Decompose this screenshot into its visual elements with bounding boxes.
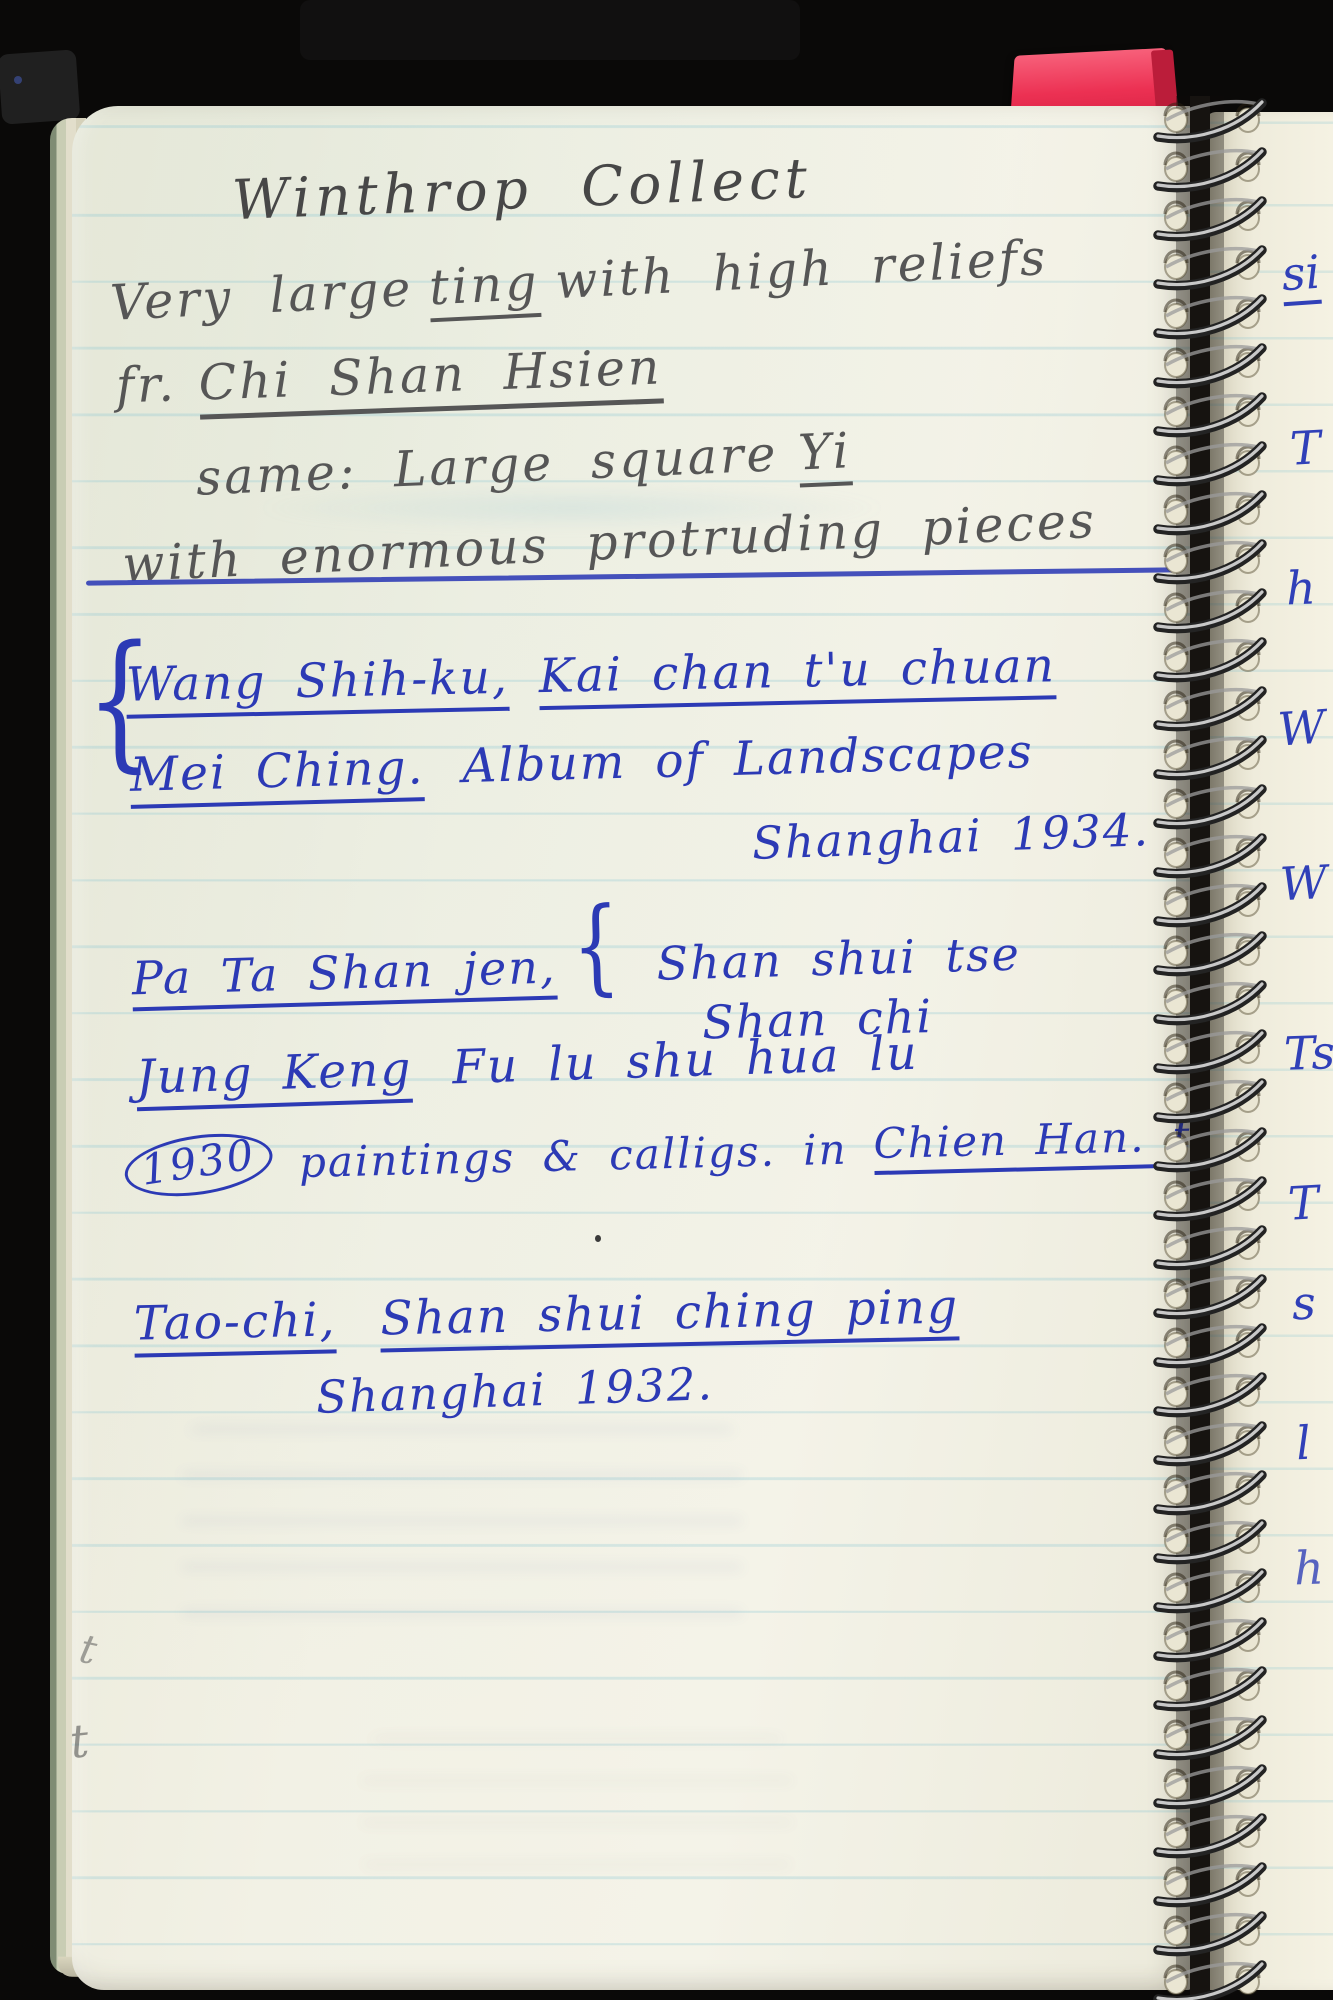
- ink-year-circled: 1930: [121, 1125, 277, 1205]
- ink-entry-tao-chi: Tao-chi,Shan shui ching ping: [133, 1283, 959, 1357]
- ink-author-underlined: Wang Shih-ku,: [126, 654, 510, 719]
- ink-title-underlined: Shan shui ching ping: [380, 1283, 960, 1352]
- margin-mark: t: [76, 1629, 100, 1671]
- margin-mark: t: [72, 1717, 91, 1765]
- pencil-title: Winthrop Collect: [231, 151, 813, 228]
- ink-title-underlined: Kai chan t'u chuan: [538, 642, 1056, 710]
- pencil-text: fr.: [115, 359, 177, 410]
- pencil-text-underlined: Yi: [797, 426, 853, 487]
- binding-coils: [1136, 96, 1306, 2000]
- ink-entry-wang-shih-ku: Wang Shih-ku,Kai chan t'u chuan: [126, 642, 1057, 718]
- ink-title: Album of Landscapes: [462, 728, 1035, 790]
- ink-note: paintings & calligs. in: [298, 1128, 848, 1183]
- ink-entry-mei-ching: Mei Ching.Album of Landscapes: [129, 728, 1034, 809]
- pencil-line-3: fr.Chi Shan Hsien: [115, 342, 663, 422]
- ink-author-underlined: Pa Ta Shan jen,: [131, 944, 557, 1012]
- pencil-text: same: Large square: [195, 429, 779, 502]
- ink-title: Fu lu shu hua lu: [452, 1030, 920, 1092]
- pencil-text: with high reliefs: [554, 233, 1049, 306]
- background-smudge: [0, 49, 80, 124]
- pencil-text-underlined: Chi Shan Hsien: [198, 342, 664, 419]
- pencil-line-2: Very largetingwith high reliefs: [109, 233, 1050, 338]
- ink-title: Shan shui tse: [656, 931, 1021, 987]
- ink-speck: [595, 1235, 601, 1242]
- spiral-binding: [1136, 96, 1306, 2000]
- background-speck: [14, 76, 22, 84]
- ink-place-date: Shanghai 1932.: [315, 1361, 714, 1420]
- ink-author-underlined: Mei Ching.: [129, 744, 425, 809]
- ink-author-underlined: Tao-chi,: [133, 1296, 337, 1357]
- left-page: Winthrop Collect Very largetingwith high…: [72, 106, 1195, 1990]
- background-shadow: [300, 0, 800, 60]
- ink-brace: {: [571, 899, 623, 994]
- bleed-through-smudge: [362, 1736, 792, 1876]
- pencil-text-underlined: ting: [428, 258, 541, 322]
- pencil-text: Very large: [109, 264, 414, 328]
- ink-author-underlined: Jung Keng: [135, 1046, 413, 1112]
- ink-place-date: Shanghai 1934.: [751, 807, 1150, 866]
- notebook-photo: Winthrop Collect Very largetingwith high…: [0, 0, 1333, 2000]
- ink-entry-1930: 1930paintings & calligs. inChien Han. te: [123, 1111, 1195, 1197]
- bleed-through-smudge: [182, 1426, 742, 1656]
